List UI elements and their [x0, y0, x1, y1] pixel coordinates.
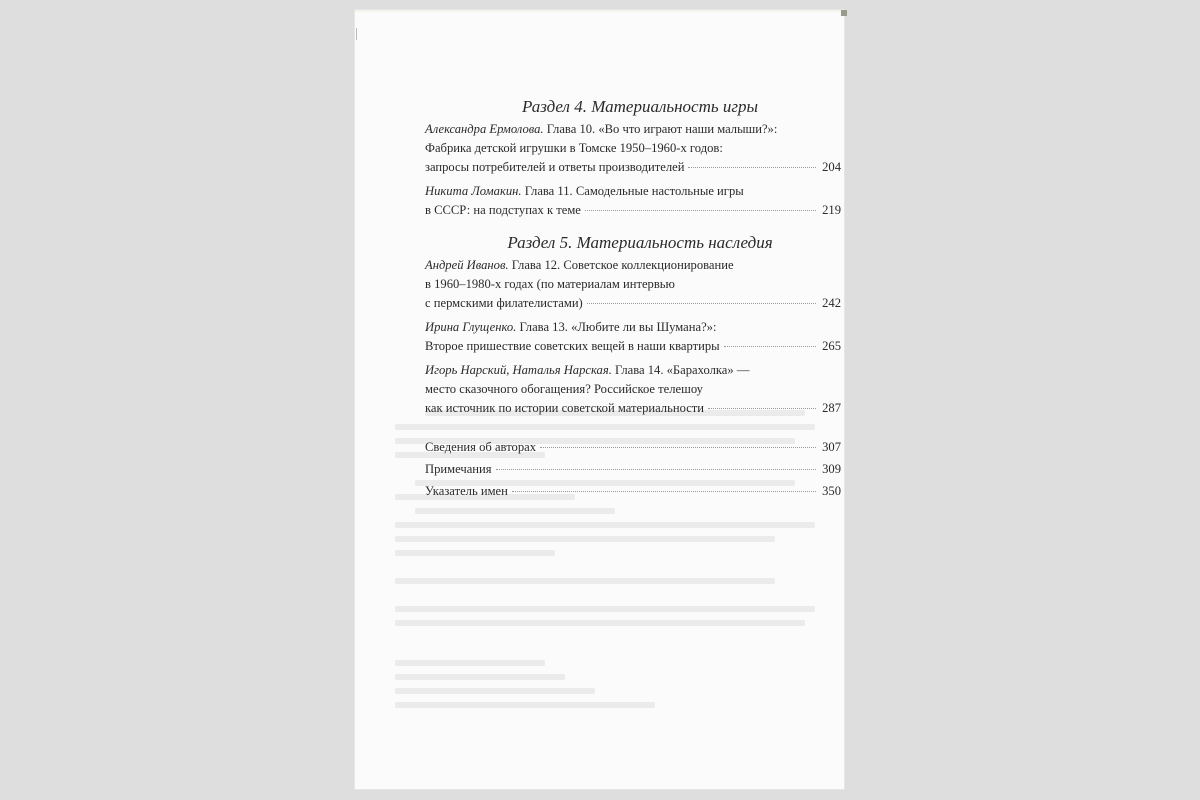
page-top-edge [355, 10, 844, 13]
page-number: 287 [822, 399, 841, 418]
page-number: 242 [822, 294, 841, 313]
scan-edge-mark [356, 28, 361, 40]
entry-author: Игорь Нарский, Наталья Нарская. [425, 363, 612, 377]
dot-leader [688, 167, 816, 168]
entry-title-line: в СССР: на подступах к теме [425, 201, 581, 220]
entry-title: Указатель имен [425, 482, 508, 501]
dot-leader [540, 447, 816, 448]
entry-title-line: место сказочного обогащения? Российское … [425, 380, 841, 399]
toc-entry[interactable]: Андрей Иванов. Глава 12. Советское колле… [425, 256, 841, 313]
page-number: 265 [822, 337, 841, 356]
entry-title-line: Второе пришествие советских вещей в наши… [425, 337, 720, 356]
dot-leader [724, 346, 817, 347]
section-title: Раздел 5. Материальность наследия [425, 232, 841, 254]
entry-title-line: Глава 10. «Во что играют наши малыши?»: [544, 122, 778, 136]
table-of-contents: Раздел 4. Материальность игры Александра… [425, 96, 841, 504]
toc-entry[interactable]: Никита Ломакин. Глава 11. Самодельные на… [425, 182, 841, 220]
entry-title-line: с пермскими филателистами) [425, 294, 583, 313]
entry-title: Примечания [425, 460, 492, 479]
page-number: 307 [822, 438, 841, 457]
dot-leader [496, 469, 817, 470]
dot-leader [585, 210, 816, 211]
book-page: Раздел 4. Материальность игры Александра… [355, 10, 844, 789]
page-number: 309 [822, 460, 841, 479]
entry-title-line: Фабрика детской игрушки в Томске 1950–19… [425, 139, 841, 158]
entry-title-line: Глава 13. «Любите ли вы Шумана?»: [516, 320, 716, 334]
dot-leader [512, 491, 816, 492]
entry-title-line: Глава 12. Советское коллекционирование [509, 258, 734, 272]
entry-title-line: Глава 14. «Барахолка» — [612, 363, 750, 377]
entry-author: Александра Ермолова. [425, 122, 544, 136]
entry-title: Сведения об авторах [425, 438, 536, 457]
toc-entry[interactable]: Александра Ермолова. Глава 10. «Во что и… [425, 120, 841, 177]
entry-title-line: как источник по истории советской матери… [425, 399, 704, 418]
toc-entry-authors-info[interactable]: Сведения об авторах307 [425, 438, 841, 457]
back-matter: Сведения об авторах307 Примечания309 Ука… [425, 438, 841, 501]
toc-entry-notes[interactable]: Примечания309 [425, 460, 841, 479]
section-title: Раздел 4. Материальность игры [425, 96, 841, 118]
page-number: 219 [822, 201, 841, 220]
page-number: 204 [822, 158, 841, 177]
toc-entry[interactable]: Ирина Глущенко. Глава 13. «Любите ли вы … [425, 318, 841, 356]
entry-author: Никита Ломакин. [425, 184, 522, 198]
entry-title-line: Глава 11. Самодельные настольные игры [522, 184, 744, 198]
toc-entry[interactable]: Игорь Нарский, Наталья Нарская. Глава 14… [425, 361, 841, 418]
entry-title-line: в 1960–1980-х годах (по материалам интер… [425, 275, 841, 294]
entry-title-line: запросы потребителей и ответы производит… [425, 158, 684, 177]
page-number: 350 [822, 482, 841, 501]
toc-entry-name-index[interactable]: Указатель имен350 [425, 482, 841, 501]
entry-author: Ирина Глущенко. [425, 320, 516, 334]
dot-leader [587, 303, 816, 304]
scan-corner-mark [841, 10, 847, 16]
dot-leader [708, 408, 816, 409]
entry-author: Андрей Иванов. [425, 258, 509, 272]
